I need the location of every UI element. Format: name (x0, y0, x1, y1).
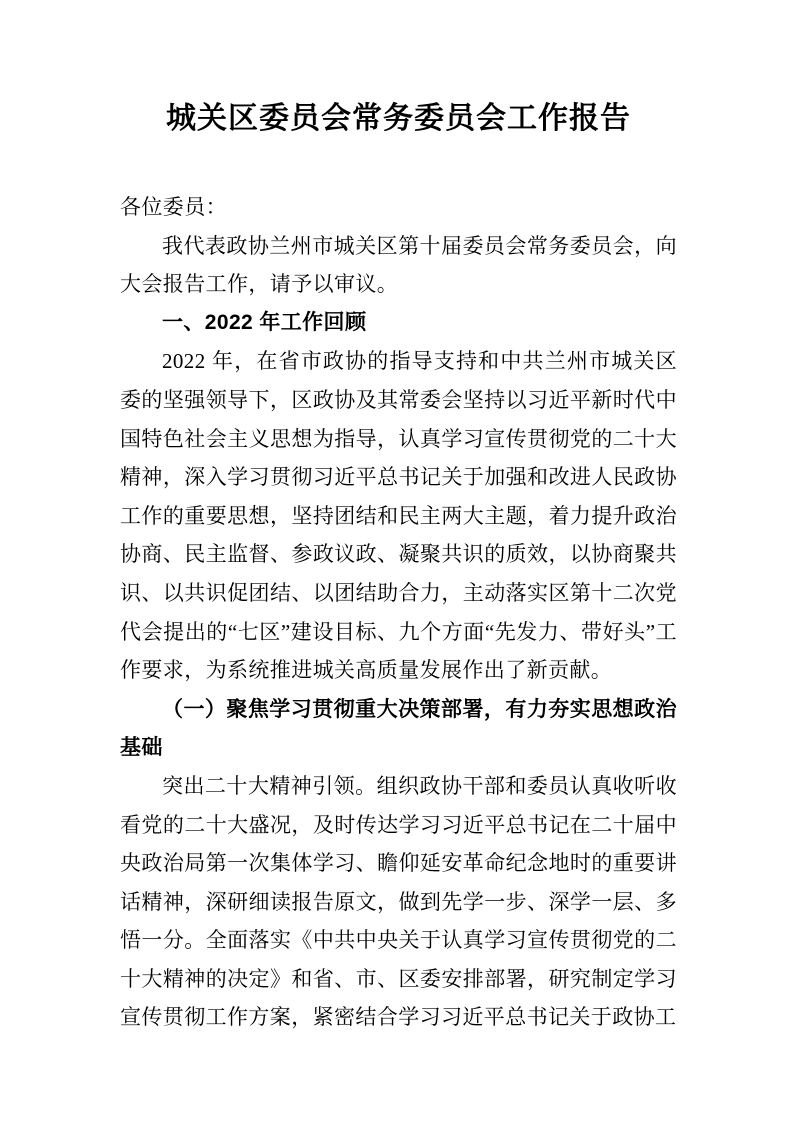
paragraph-2022-overview: 2022 年，在省市政协的指导支持和中共兰州市城关区委的坚强领导下，区政协及其常… (120, 342, 677, 689)
document-title: 城关区委员会常务委员会工作报告 (120, 96, 677, 141)
paragraph-spirit-of-congress: 突出二十大精神引领。组织政协干部和委员认真收听收看党的二十大盛况，及时传达学习习… (120, 767, 677, 1037)
salutation-line: 各位委员： (120, 188, 677, 227)
paragraph-intro: 我代表政协兰州市城关区第十届委员会常务委员会，向大会报告工作，请予以审议。 (120, 227, 677, 304)
document-page: 城关区委员会常务委员会工作报告 各位委员： 我代表政协兰州市城关区第十届委员会常… (0, 0, 793, 1122)
section-heading-2022-review: 一、2022 年工作回顾 (120, 304, 677, 343)
subsection-heading-study-decisions: （一）聚焦学习贯彻重大决策部署，有力夯实思想政治基础 (120, 690, 677, 767)
